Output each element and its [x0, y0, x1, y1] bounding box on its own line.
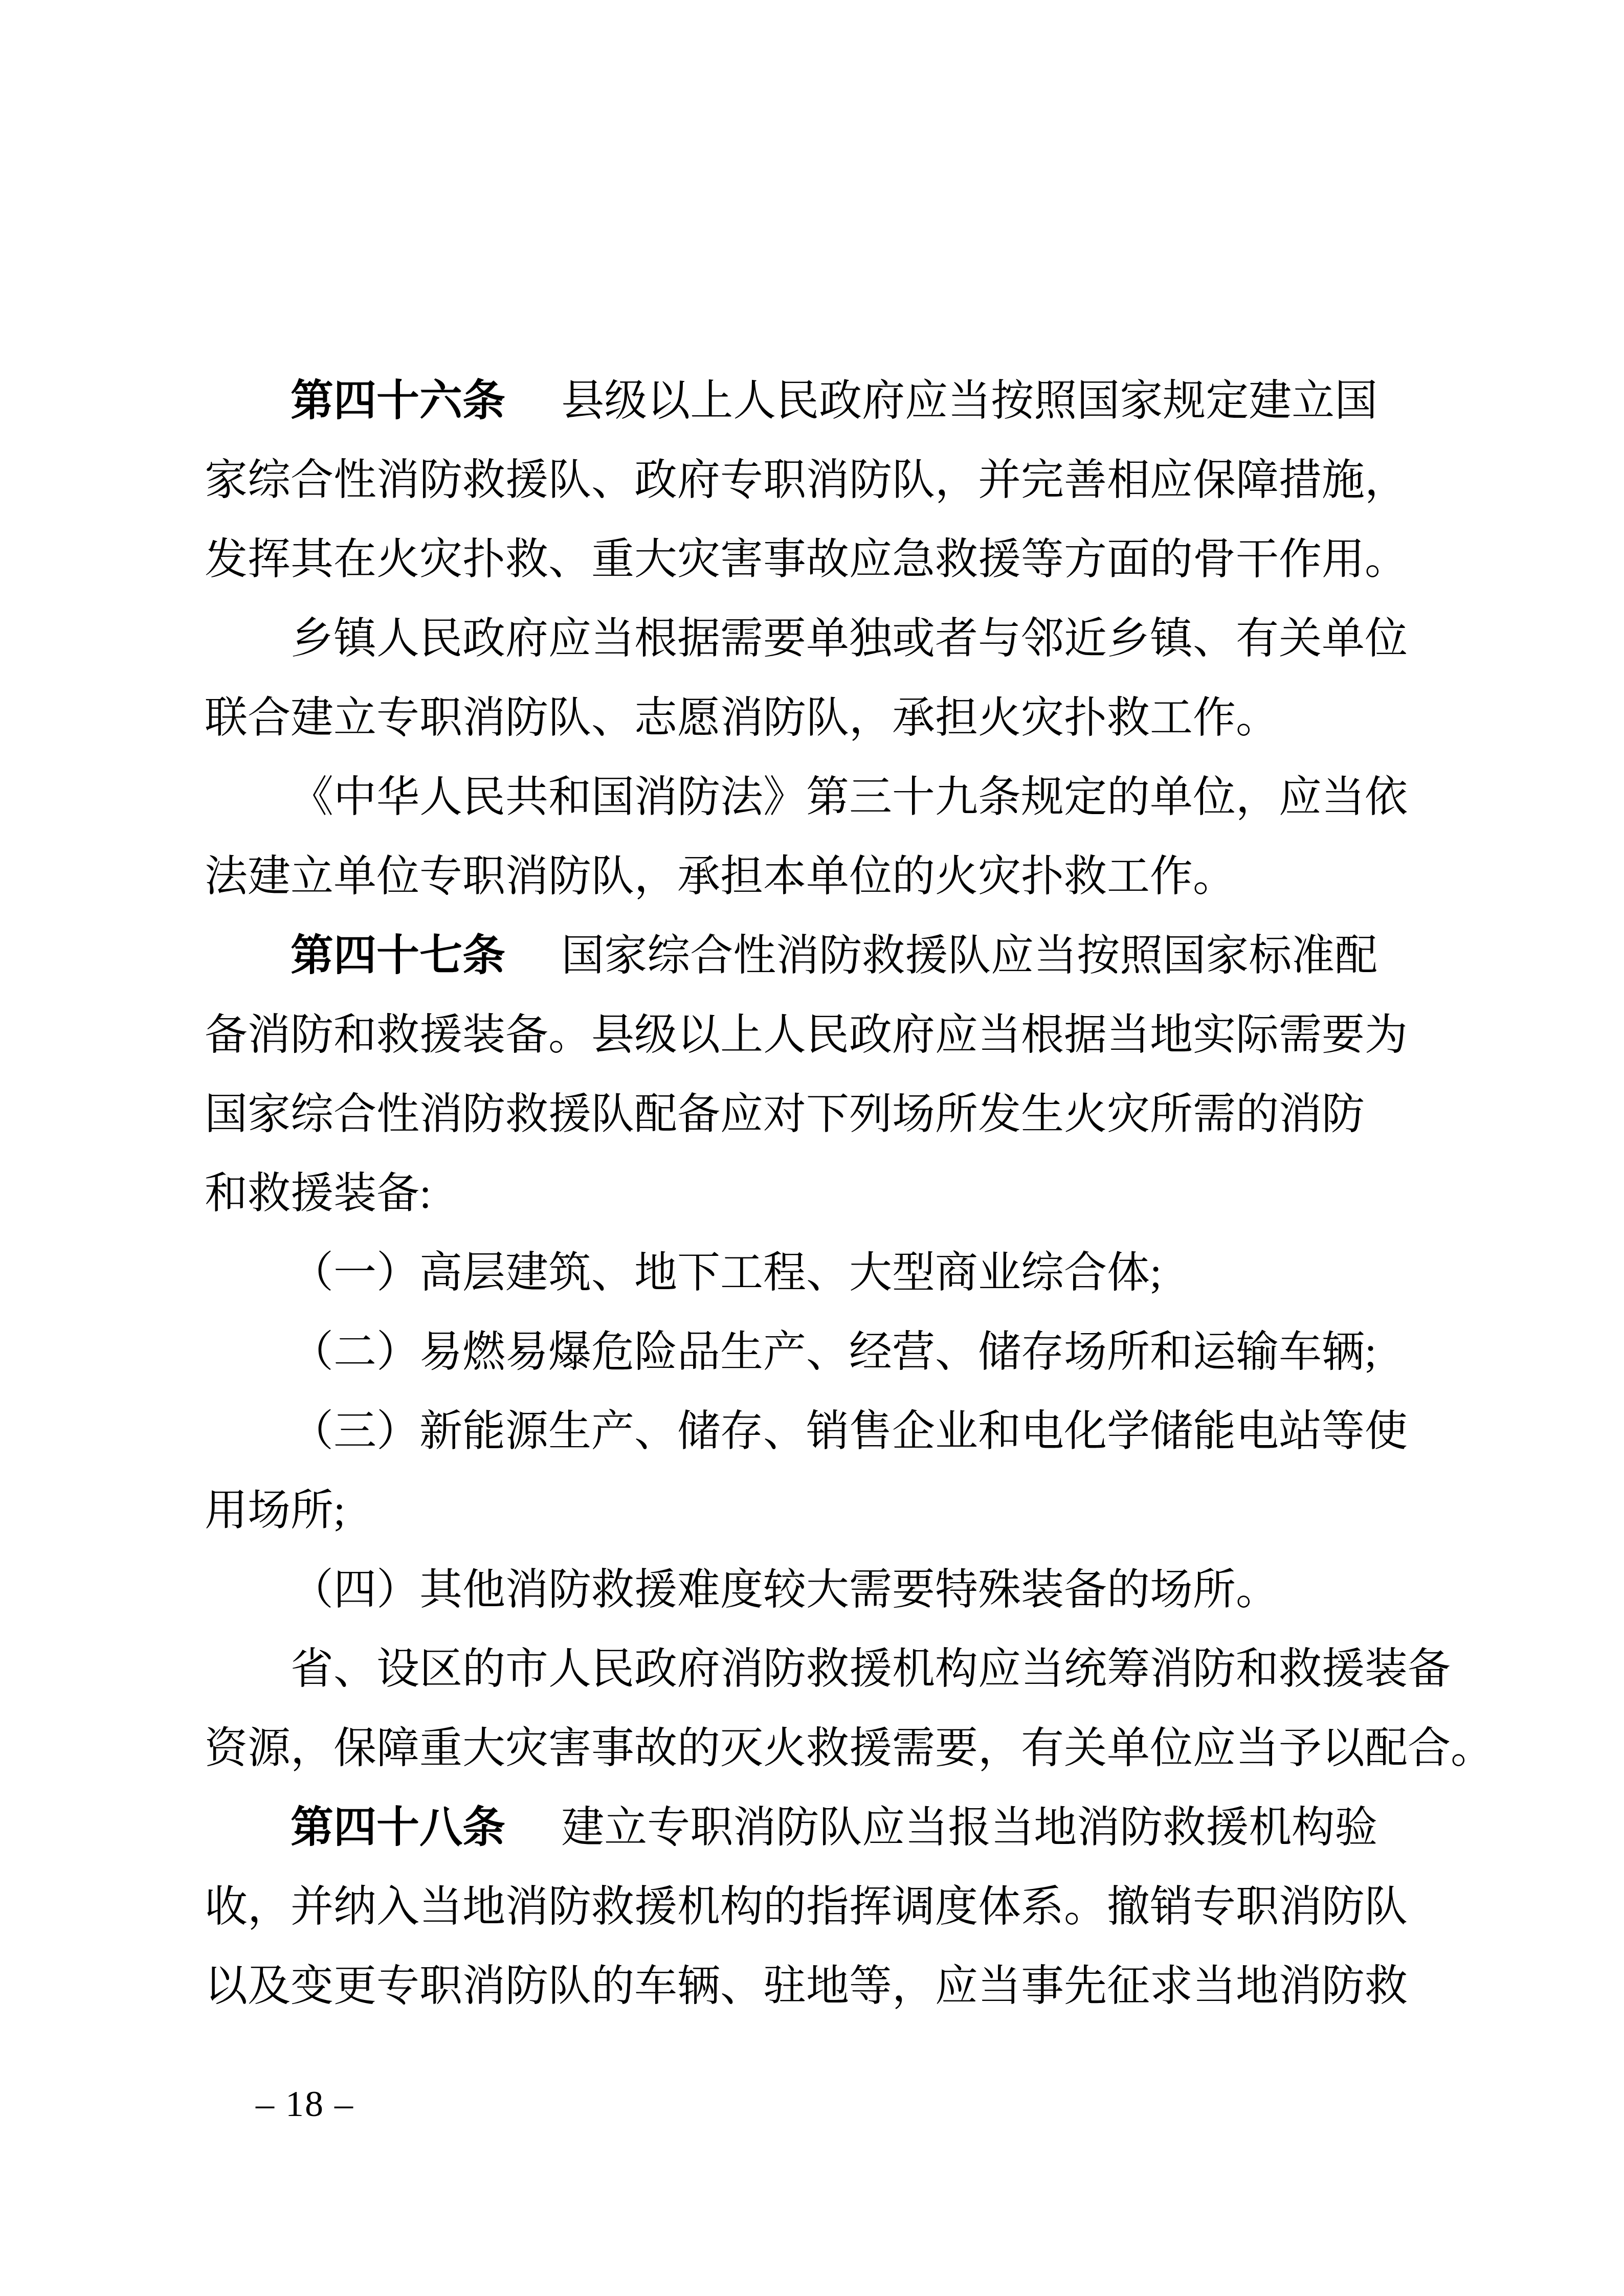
text-line: 备消防和救援装备。县级以上人民政府应当根据当地实际需要为 [205, 996, 1417, 1075]
article-number: 第四十七条 [291, 932, 505, 980]
line-text: 县级以上人民政府应当按照国家规定建立国 [561, 377, 1377, 425]
text-line: 以及变更专职消防队的车辆、驻地等，应当事先征求当地消防救 [205, 1947, 1417, 2026]
line-text: 用场所; [205, 1487, 345, 1535]
text-line: 收，并纳入当地消防救援机构的指挥调度体系。撤销专职消防队 [205, 1867, 1417, 1947]
page-number: – 18 – [256, 2085, 354, 2122]
line-text: （一）高层建筑、地下工程、大型商业综合体; [291, 1249, 1162, 1297]
line-text: 建立专职消防队应当报当地消防救援机构验 [561, 1804, 1377, 1852]
text-line: 家综合性消防救援队、政府专职消防队，并完善相应保障措施， [205, 441, 1417, 520]
text-line: 第四十八条建立专职消防队应当报当地消防救援机构验 [205, 1788, 1417, 1867]
text-line: 乡镇人民政府应当根据需要单独或者与邻近乡镇、有关单位 [205, 599, 1417, 679]
article-number: 第四十八条 [291, 1804, 505, 1852]
text-line: 和救援装备: [205, 1154, 1417, 1233]
text-line: 第四十七条国家综合性消防救援队应当按照国家标准配 [205, 916, 1417, 996]
line-text: （四）其他消防救援难度较大需要特殊装备的场所。 [291, 1566, 1279, 1614]
line-text: 资源，保障重大灾害事故的灭火救援需要，有关单位应当予以配合。 [205, 1725, 1494, 1772]
text-line: 省、设区的市人民政府消防救援机构应当统筹消防和救援装备 [205, 1630, 1417, 1709]
line-text: （三）新能源生产、储存、销售企业和电化学储能电站等使 [291, 1408, 1408, 1455]
line-text: （二）易燃易爆危险品生产、经营、储存场所和运输车辆; [291, 1329, 1376, 1376]
text-line: （一）高层建筑、地下工程、大型商业综合体; [205, 1233, 1417, 1313]
line-text: 国家综合性消防救援队应当按照国家标准配 [561, 932, 1377, 980]
text-line: 用场所; [205, 1471, 1417, 1550]
line-text: 家综合性消防救援队、政府专职消防队，并完善相应保障措施， [205, 457, 1408, 504]
line-text: 乡镇人民政府应当根据需要单独或者与邻近乡镇、有关单位 [291, 615, 1408, 663]
line-text: 联合建立专职消防队、志愿消防队，承担火灾扑救工作。 [205, 694, 1279, 742]
text-line: 联合建立专职消防队、志愿消防队，承担火灾扑救工作。 [205, 679, 1417, 758]
line-text: 省、设区的市人民政府消防救援机构应当统筹消防和救援装备 [291, 1646, 1451, 1693]
line-text: 和救援装备: [205, 1170, 431, 1218]
line-text: 收，并纳入当地消防救援机构的指挥调度体系。撤销专职消防队 [205, 1883, 1408, 1931]
article-number: 第四十六条 [291, 377, 505, 425]
line-text: 以及变更专职消防队的车辆、驻地等，应当事先征求当地消防救 [205, 1963, 1408, 2010]
text-line: 国家综合性消防救援队配备应对下列场所发生火灾所需的消防 [205, 1075, 1417, 1154]
text-line: 资源，保障重大灾害事故的灭火救援需要，有关单位应当予以配合。 [205, 1709, 1417, 1788]
text-line: 法建立单位专职消防队，承担本单位的火灾扑救工作。 [205, 837, 1417, 916]
document-body: 第四十六条县级以上人民政府应当按照国家规定建立国家综合性消防救援队、政府专职消防… [205, 362, 1417, 2026]
text-line: 《中华人民共和国消防法》第三十九条规定的单位，应当依 [205, 758, 1417, 837]
document-page: 第四十六条县级以上人民政府应当按照国家规定建立国家综合性消防救援队、政府专职消防… [0, 0, 1624, 2296]
text-line: 第四十六条县级以上人民政府应当按照国家规定建立国 [205, 362, 1417, 441]
line-text: 法建立单位专职消防队，承担本单位的火灾扑救工作。 [205, 853, 1236, 901]
line-text: 发挥其在火灾扑救、重大灾害事故应急救援等方面的骨干作用。 [205, 536, 1408, 583]
text-line: 发挥其在火灾扑救、重大灾害事故应急救援等方面的骨干作用。 [205, 520, 1417, 599]
text-line: （三）新能源生产、储存、销售企业和电化学储能电站等使 [205, 1392, 1417, 1471]
text-line: （二）易燃易爆危险品生产、经营、储存场所和运输车辆; [205, 1313, 1417, 1392]
line-text: 《中华人民共和国消防法》第三十九条规定的单位，应当依 [291, 774, 1408, 821]
line-text: 国家综合性消防救援队配备应对下列场所发生火灾所需的消防 [205, 1091, 1365, 1138]
text-line: （四）其他消防救援难度较大需要特殊装备的场所。 [205, 1550, 1417, 1630]
line-text: 备消防和救援装备。县级以上人民政府应当根据当地实际需要为 [205, 1011, 1408, 1059]
